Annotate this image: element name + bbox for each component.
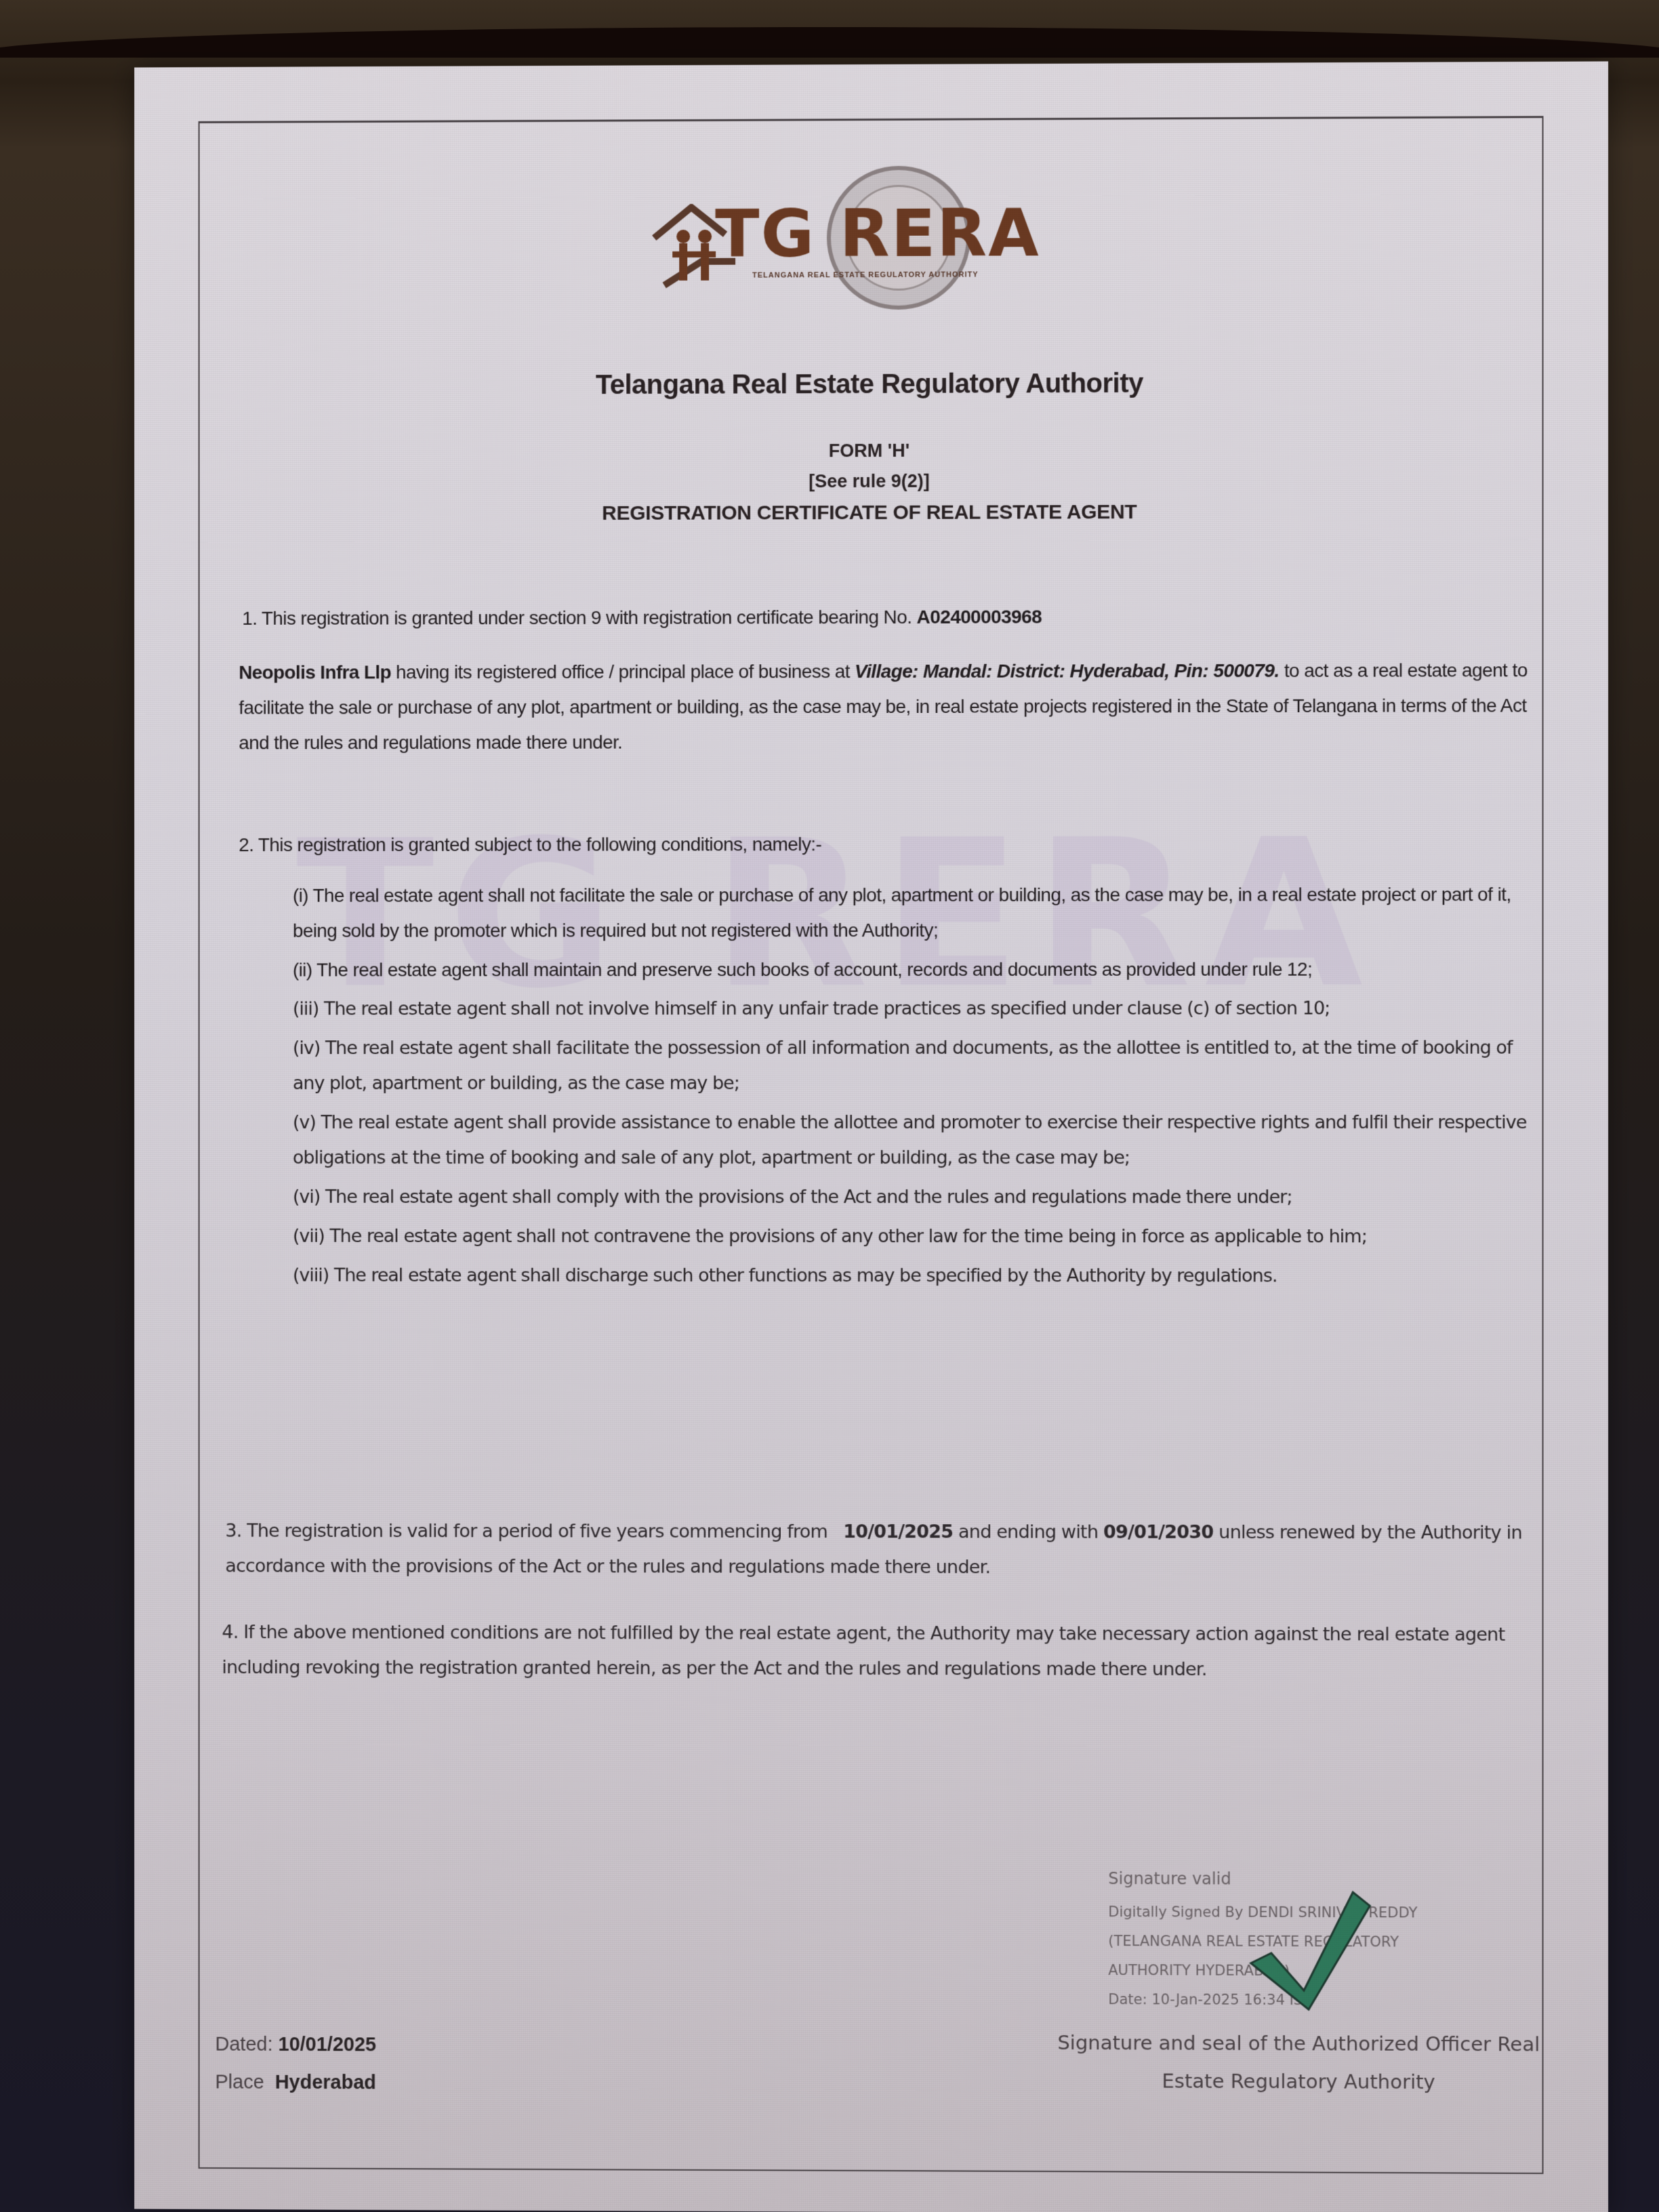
paragraph-1: 1. This registration is granted under se… xyxy=(242,598,1530,636)
condition-item: (viii) The real estate agent shall disch… xyxy=(293,1258,1534,1294)
agent-text-a: having its registered office / principal… xyxy=(396,661,850,682)
agent-paragraph: Neopolis Infra Llp having its registered… xyxy=(239,653,1530,760)
place-value: Hyderabad xyxy=(275,2072,376,2093)
form-label: FORM 'H' xyxy=(134,438,1608,464)
condition-item: (vii) The real estate agent shall not co… xyxy=(293,1219,1534,1255)
signature-valid-check-icon xyxy=(1244,1889,1374,2011)
para3-text-a: 3. The registration is valid for a perio… xyxy=(225,1521,827,1542)
signature-caption: Signature and seal of the Authorized Off… xyxy=(1033,2024,1564,2102)
condition-item: (iv) The real estate agent shall facilit… xyxy=(293,1031,1534,1102)
certificate-page: TG RERA TG RERA TELANGANA REAL ESTATE RE… xyxy=(134,61,1608,2212)
monitor-bezel xyxy=(0,27,1659,58)
date-place-block: Dated: 10/01/2025 Place Hyderabad xyxy=(215,2026,376,2102)
authority-name: Telangana Real Estate Regulatory Authori… xyxy=(134,367,1608,402)
paragraph-4: 4. If the above mentioned conditions are… xyxy=(222,1615,1533,1688)
registration-number: A02400003968 xyxy=(917,606,1042,627)
tg-rera-logo: TG RERA TELANGANA REAL ESTATE REGULATORY… xyxy=(651,165,1111,295)
validity-end-date: 09/01/2030 xyxy=(1103,1522,1213,1543)
para1-text: 1. This registration is granted under se… xyxy=(242,607,912,629)
paragraph-2-intro: 2. This registration is granted subject … xyxy=(239,826,1526,863)
condition-item: (vi) The real estate agent shall comply … xyxy=(293,1180,1534,1215)
agent-address: Village: Mandal: District: Hyderabad, Pi… xyxy=(855,660,1279,682)
dated-value: 10/01/2025 xyxy=(279,2034,377,2055)
para3-text-b: and ending with xyxy=(958,1521,1098,1542)
certificate-title: REGISTRATION CERTIFICATE OF REAL ESTATE … xyxy=(134,499,1608,526)
logo-tagline: TELANGANA REAL ESTATE REGULATORY AUTHORI… xyxy=(752,270,978,279)
condition-item: (i) The real estate agent shall not faci… xyxy=(293,877,1534,949)
dated-label: Dated: xyxy=(215,2034,272,2055)
agent-name: Neopolis Infra Llp xyxy=(239,661,391,682)
rule-reference: [See rule 9(2)] xyxy=(134,469,1608,494)
paragraph-3: 3. The registration is valid for a perio… xyxy=(225,1514,1533,1586)
condition-item: (iii) The real estate agent shall not in… xyxy=(293,991,1534,1027)
place-label: Place xyxy=(215,2072,264,2093)
validity-start-date: 10/01/2025 xyxy=(843,1521,953,1542)
logo-wordmark: TG RERA xyxy=(715,201,1040,267)
condition-item: (v) The real estate agent shall provide … xyxy=(293,1105,1534,1176)
condition-item: (ii) The real estate agent shall maintai… xyxy=(293,951,1534,987)
conditions-list: (i) The real estate agent shall not faci… xyxy=(293,877,1534,1298)
